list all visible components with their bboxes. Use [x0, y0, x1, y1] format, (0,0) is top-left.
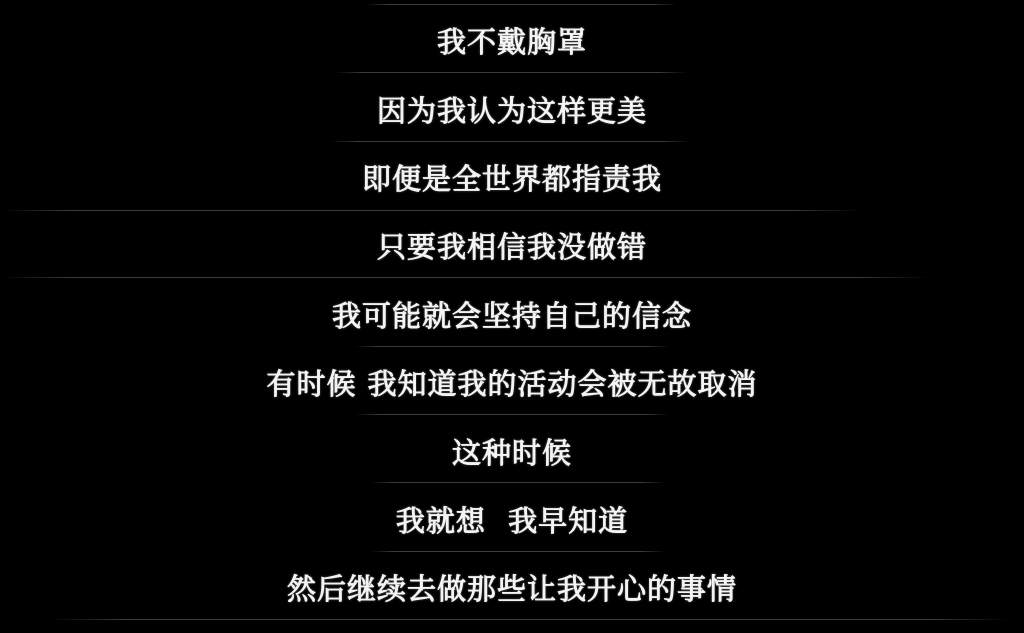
- frame-seam: [370, 482, 665, 483]
- subtitle-line-1: 我不戴胸罩: [0, 24, 1024, 60]
- frame-seam: [365, 4, 677, 5]
- frame-seam: [50, 619, 1010, 620]
- frame-seam: [335, 72, 687, 73]
- subtitle-line-6: 有时候 我知道我的活动会被无故取消: [0, 366, 1024, 402]
- subtitle-line-8: 我就想 我早知道: [0, 503, 1024, 539]
- subtitle-line-9: 然后继续去做那些让我开心的事情: [0, 571, 1024, 607]
- frame-seam: [355, 414, 670, 415]
- subtitle-line-7: 这种时候: [0, 435, 1024, 471]
- frame-seam: [370, 551, 665, 552]
- frame-seam: [330, 141, 690, 142]
- subtitle-line-3: 即便是全世界都指责我: [0, 161, 1024, 197]
- frame-seam: [0, 277, 930, 278]
- frame-seam: [355, 346, 670, 347]
- frame-seam: [0, 210, 860, 211]
- subtitle-line-5: 我可能就会坚持自己的信念: [0, 298, 1024, 334]
- subtitle-line-2: 因为我认为这样更美: [0, 93, 1024, 129]
- subtitle-line-4: 只要我相信我没做错: [0, 229, 1024, 265]
